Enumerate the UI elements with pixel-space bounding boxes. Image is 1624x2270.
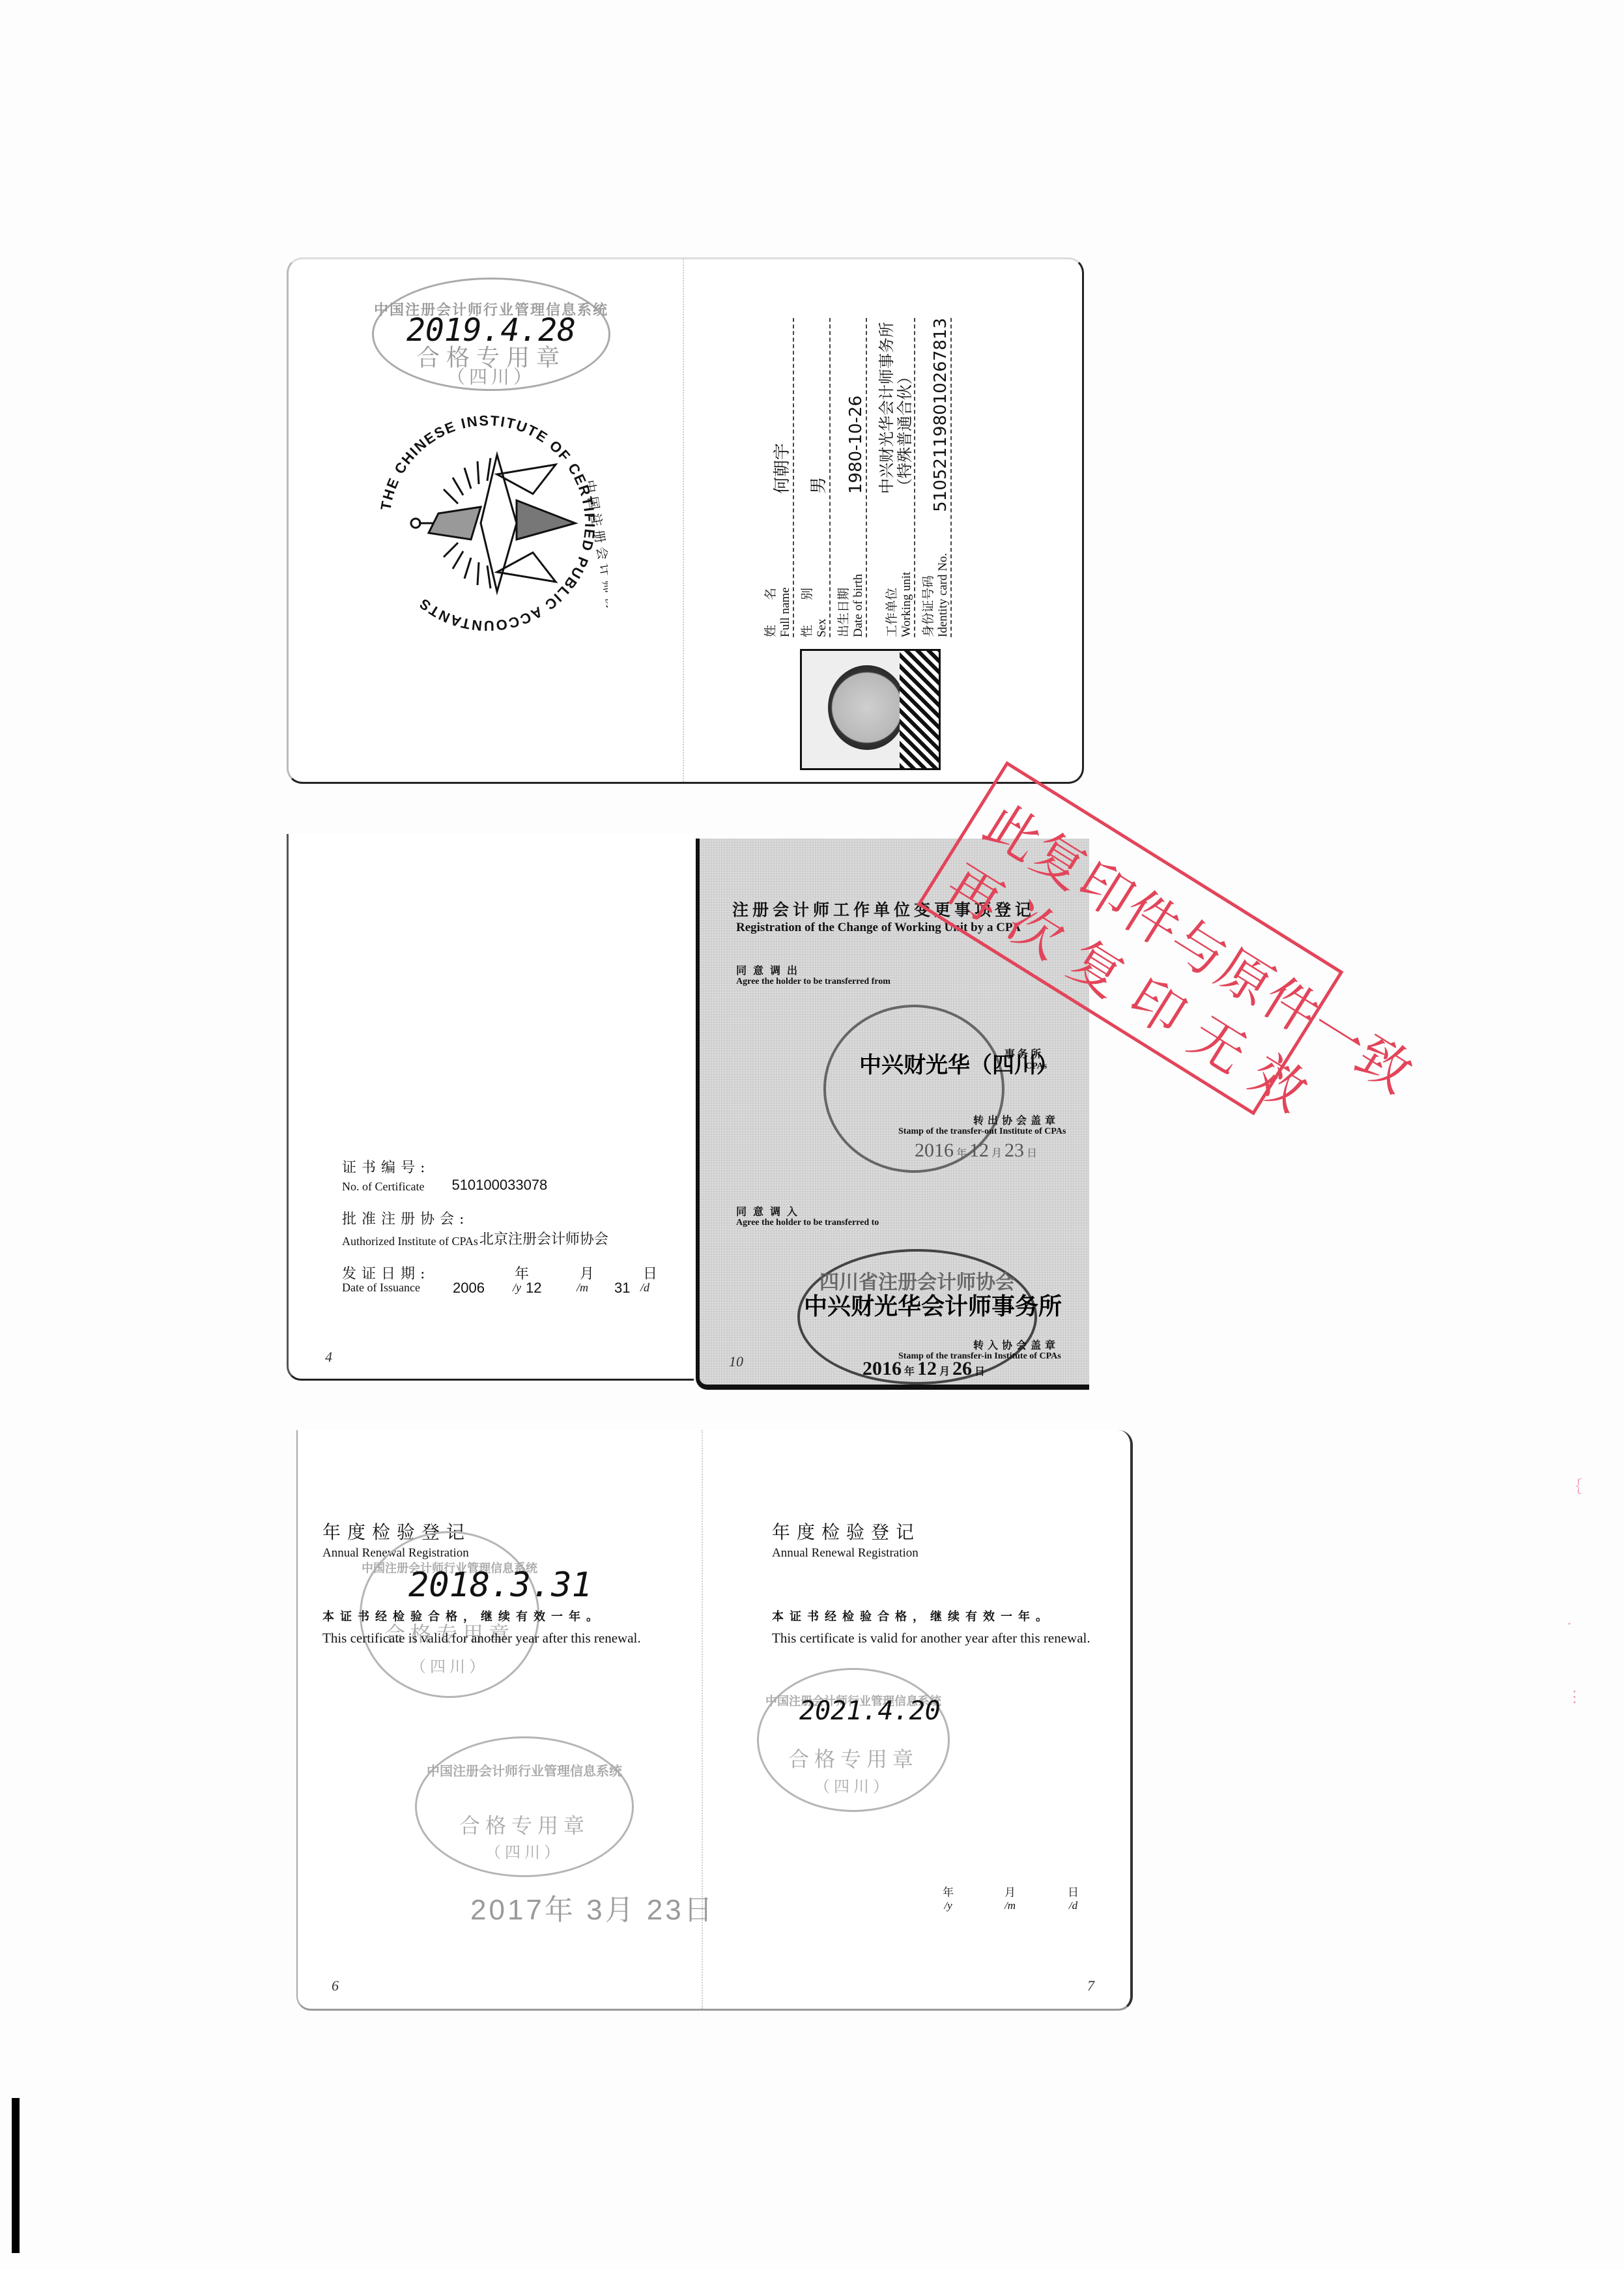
renewal-body-en: This certificate is valid for another ye… (322, 1629, 687, 1647)
handwritten-date-2021: 2021.4.20 (799, 1696, 941, 1726)
certificate-fields: 证书编号: No. of Certificate 510100033078 批准… (342, 1157, 681, 1299)
holder-id-number: 510521198010267813 (931, 318, 950, 525)
firm-suffix-en: CPAs (1025, 1061, 1047, 1072)
transfer-in-date: 2016 年 12 月 26 日 (862, 1358, 985, 1380)
edge-mark: ｛ (1567, 1474, 1582, 1497)
shirt-pattern (900, 651, 939, 768)
info-row-sex: 性 别Sex 男 (794, 318, 831, 637)
cicpa-logo-icon: THE CHINESE INSTITUTE OF CERTIFIED PUBLI… (367, 403, 608, 644)
annual-renewal-spread: 年度检验登记 Annual Renewal Registration 中国注册会… (296, 1430, 1133, 2011)
issuance-date: 发证日期: Date of Issuance 年 月 日 2006 /y 12 … (342, 1263, 681, 1299)
authorized-institute: 北京注册会计师协会 (479, 1228, 608, 1248)
transfer-in-firm: 中兴财光华会计师事务所 (804, 1288, 1062, 1321)
ymd-year-label: 年/y (943, 1886, 954, 1912)
transfer-out-date: 2016 年 12 月 23 日 (915, 1140, 1037, 1162)
issue-month: 12 (526, 1280, 541, 1297)
firm-suffix-cn: 事务所 (1004, 1046, 1044, 1061)
ymd-day-label: 日/d (1068, 1886, 1079, 1912)
scan-edge-bar (12, 2098, 20, 2253)
annual-check-stamp: 中国注册会计师行业管理信息系统 2019.4.28 合格专用章 （四川） (372, 278, 610, 391)
page-number: 7 (1087, 1977, 1094, 1994)
annual-check-stamp-2017: 中国注册会计师行业管理信息系统 合格专用章 （四川） (415, 1736, 634, 1877)
edge-mark: ⋮ (1567, 1688, 1582, 1706)
institute-label-cn: 批准注册协会: (342, 1208, 681, 1228)
institute-label-en: Authorized Institute of CPAs (342, 1235, 478, 1248)
ymd-month-label: 月/m (1004, 1886, 1016, 1912)
transfer-out-label-en: Agree the holder to be transferred from (736, 977, 890, 987)
renewal-body-cn: 本证书经检验合格，继续有效一年。 (772, 1607, 1137, 1624)
page-number: 4 (325, 1349, 332, 1366)
cert-no-label-cn: 证书编号: (342, 1157, 681, 1177)
edge-mark: · (1567, 1616, 1572, 1633)
holder-info-table: 姓 名Full name 何朝宇 性 别Sex 男 出生日期Date of bi… (758, 318, 986, 637)
stamped-date-2017: 2017年 3月 23日 (470, 1886, 715, 1928)
renewal-title-cn: 年度检验登记 (772, 1518, 920, 1544)
renewal-body-cn: 本证书经检验合格，继续有效一年。 (322, 1607, 687, 1624)
spread-fold (683, 259, 684, 782)
transfer-in-label-en: Agree the holder to be transferred to (736, 1218, 879, 1228)
cert-no-label-en: No. of Certificate (342, 1180, 424, 1194)
holder-sex: 男 (805, 318, 829, 507)
annual-check-stamp-2021: 中国注册会计师行业管理信息系统 合格专用章 （四川） (757, 1668, 950, 1812)
out-institute-label-cn: 转出协会盖章 (973, 1112, 1059, 1127)
info-row-id: 身份证号码Identity card No. 51052119801026781… (915, 318, 952, 637)
transfer-out-label-cn: 同意调出 (736, 962, 804, 977)
certificate-number: 510100033078 (451, 1177, 547, 1194)
renewal-title-en: Annual Renewal Registration (772, 1546, 919, 1560)
holder-photo (800, 649, 941, 770)
certificate-spread-personal-info: 中国注册会计师行业管理信息系统 2019.4.28 合格专用章 （四川） THE… (287, 257, 1084, 784)
holder-working-unit: 中兴财光华会计师事务所（特殊普通合伙） (877, 318, 914, 507)
holder-dob: 1980-10-26 (846, 318, 866, 507)
renewal-body-en: This certificate is valid for another ye… (772, 1629, 1137, 1647)
info-row-dob: 出生日期Date of birth 1980-10-26 (831, 318, 867, 637)
face-image (828, 665, 906, 750)
issue-day: 31 (614, 1280, 630, 1297)
holder-name: 何朝宇 (769, 318, 793, 507)
page-number: 10 (729, 1353, 743, 1370)
page-4-certificate-info: 证书编号: No. of Certificate 510100033078 批准… (287, 834, 694, 1381)
info-row-working-unit: 工作单位Working unit 中兴财光华会计师事务所（特殊普通合伙） (867, 318, 915, 637)
handwritten-date-2018: 2018.3.31 (408, 1566, 592, 1605)
issue-year: 2006 (453, 1280, 485, 1297)
page-number: 6 (332, 1977, 339, 1994)
out-institute-label-en: Stamp of the transfer-out Institute of C… (898, 1127, 1066, 1137)
stamp-region: （四川） (374, 363, 608, 389)
transfer-in-label-cn: 同意调入 (736, 1203, 804, 1218)
in-institute-label-cn: 转入协会盖章 (973, 1337, 1059, 1352)
info-row-name: 姓 名Full name 何朝宇 (758, 318, 794, 637)
